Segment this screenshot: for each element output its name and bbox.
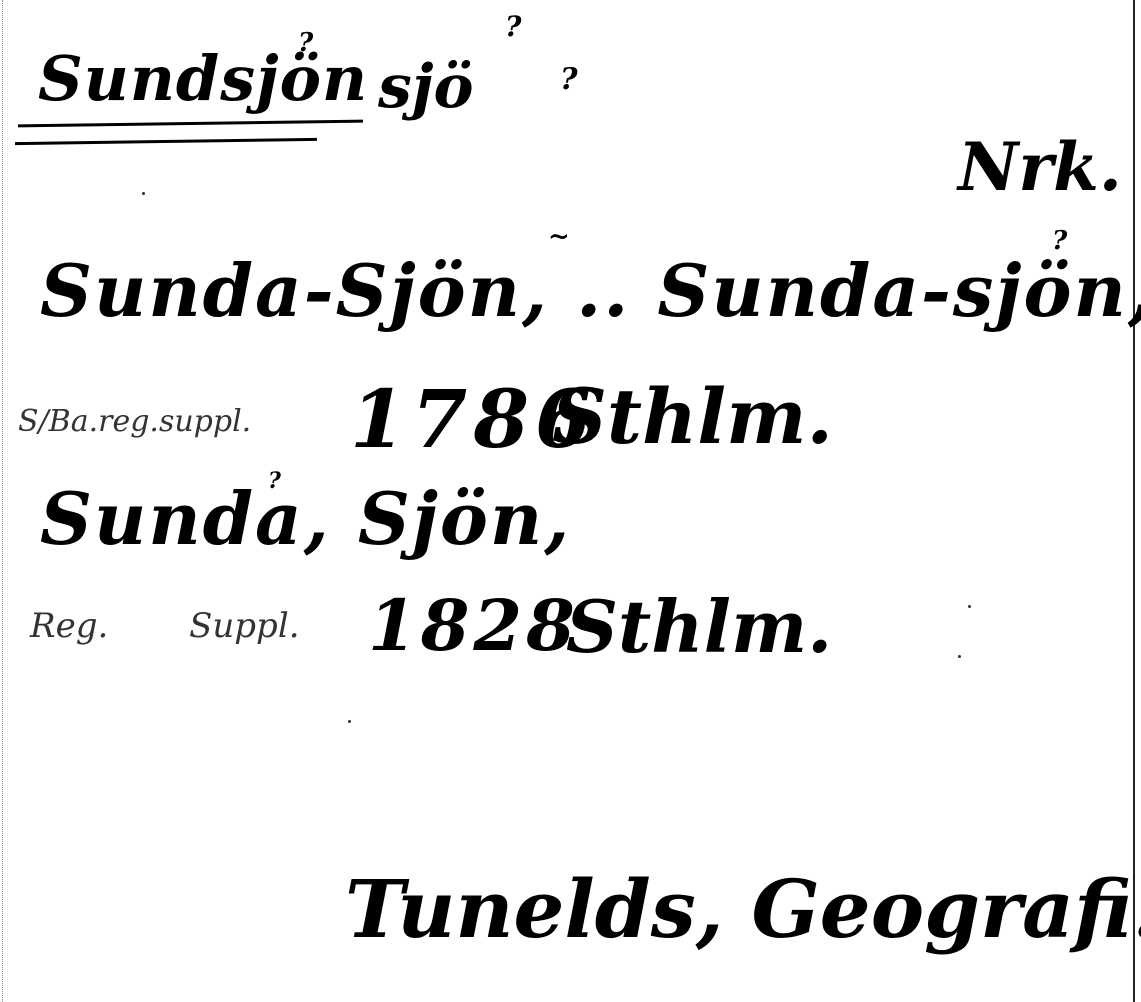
heading-underline-1: [18, 120, 363, 128]
query-mark: ?: [505, 10, 521, 43]
query-mark: ?: [560, 62, 578, 97]
scan-speck: [348, 720, 351, 723]
entry-place: Sthlm.: [566, 584, 832, 669]
entry-year: 1828: [368, 584, 579, 667]
region-code: Nrk.: [958, 128, 1122, 206]
heading-variant: sjö: [378, 52, 474, 122]
card-left-edge: [2, 0, 4, 1002]
scan-speck: [958, 655, 961, 658]
heading-underline-2: [15, 138, 317, 145]
entry-forms: Sunda-Sjön, .. Sunda-sjön,: [40, 248, 1141, 333]
entry-forms: Sunda, Sjön,: [40, 476, 571, 561]
query-mark: ?: [298, 28, 313, 58]
source-reference: Tunelds, Geografi. II.: [345, 862, 1141, 956]
entry-source: S/Ba.reg.suppl.: [18, 404, 251, 439]
scan-speck: [142, 192, 145, 195]
archive-card: Sundsjön sjö ? ? ? Nrk. Sunda-Sjön, .. S…: [0, 0, 1141, 1002]
entry-source: Reg. Suppl.: [30, 606, 300, 646]
entry-place: Sthlm.: [552, 372, 833, 461]
card-right-edge: [1133, 0, 1135, 1002]
scan-speck: [968, 605, 971, 608]
heading-name: Sundsjön: [38, 42, 368, 115]
